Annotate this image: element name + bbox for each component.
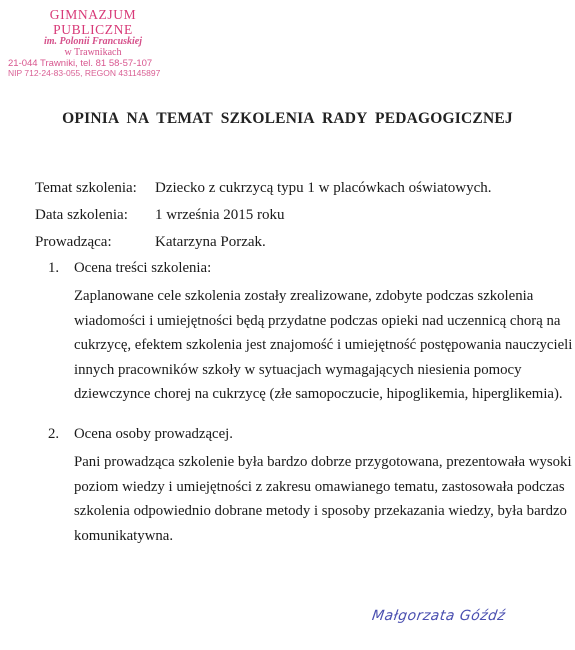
section-body: Pani prowadząca szkolenie była bardzo do… xyxy=(74,450,574,548)
section-number: 1. xyxy=(48,260,68,277)
school-stamp: GIMNAZJUM PUBLICZNE im. Polonii Francusk… xyxy=(8,8,178,78)
section-number: 2. xyxy=(48,426,68,443)
meta-label: Data szkolenia: xyxy=(35,207,155,224)
meta-value: 1 września 2015 roku xyxy=(155,207,285,224)
body-line: poziom wiedzy i umiejętności z zakresu o… xyxy=(74,475,574,500)
body-line: dziewczynce chorej na cukrzycę (złe samo… xyxy=(74,382,574,407)
meta-label: Prowadząca: xyxy=(35,234,155,251)
body-line: wiadomości i umiejętności będą przydatne… xyxy=(74,309,574,334)
stamp-ids: NIP 712-24-83-055, REGON 431145897 xyxy=(8,69,178,78)
body-line: komunikatywna. xyxy=(74,524,574,549)
meta-row-trainer: Prowadząca: Katarzyna Porzak. xyxy=(35,229,492,256)
meta-row-date: Data szkolenia: 1 września 2015 roku xyxy=(35,202,492,229)
body-line: szkolenia odpowiednio dobrane metody i s… xyxy=(74,499,574,524)
training-meta: Temat szkolenia: Dziecko z cukrzycą typu… xyxy=(35,175,492,256)
body-line: Zaplanowane cele szkolenia zostały zreal… xyxy=(74,284,574,309)
meta-label: Temat szkolenia: xyxy=(35,180,155,197)
stamp-school-name: GIMNAZJUM PUBLICZNE xyxy=(8,8,178,37)
section-heading: Ocena treści szkolenia: xyxy=(74,260,211,277)
body-line: cukrzycę, efektem szkolenia jest znajomo… xyxy=(74,333,574,358)
meta-value: Katarzyna Porzak. xyxy=(155,234,266,251)
section-heading: Ocena osoby prowadzącej. xyxy=(74,426,233,443)
handwritten-signature: Małgorzata Góźdź xyxy=(371,608,507,624)
meta-value: Dziecko z cukrzycą typu 1 w placówkach o… xyxy=(155,180,492,197)
section-body: Zaplanowane cele szkolenia zostały zreal… xyxy=(74,284,574,407)
document-title: OPINIA NA TEMAT SZKOLENIA RADY PEDAGOGIC… xyxy=(0,110,575,128)
meta-row-topic: Temat szkolenia: Dziecko z cukrzycą typu… xyxy=(35,175,492,202)
body-line: innych pracowników szkoły w sytuacjach w… xyxy=(74,358,574,383)
body-line: Pani prowadząca szkolenie była bardzo do… xyxy=(74,450,574,475)
